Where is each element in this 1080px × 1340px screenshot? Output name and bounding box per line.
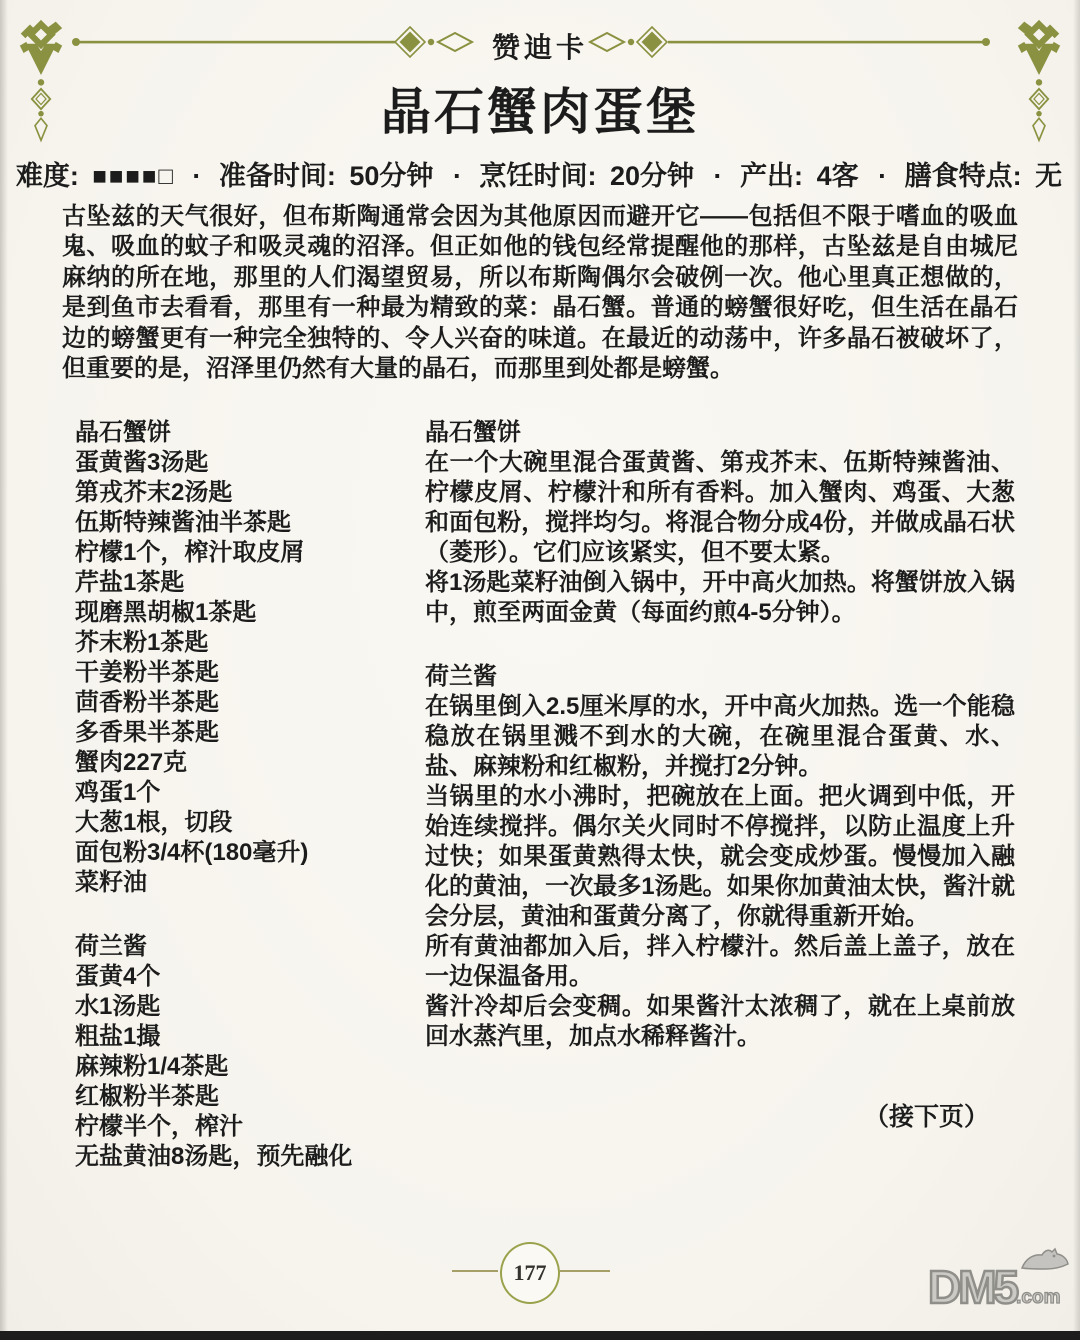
section-title: 荷兰酱 — [75, 932, 405, 962]
ingredient-item: 芥末粉1茶匙 — [75, 628, 405, 658]
section-title: 晶石蟹饼 — [425, 418, 1015, 448]
ingredient-item: 柠檬1个，榨汁取皮屑 — [75, 538, 405, 568]
ingredients-section-hollandaise: 荷兰酱 蛋黄4个 水1汤匙 粗盐1撮 麻辣粉1/4茶匙 红椒粉半茶匙 柠檬半个，… — [75, 932, 405, 1172]
difficulty-label: 难度: — [16, 161, 79, 191]
ingredient-item: 水1汤匙 — [75, 992, 405, 1022]
instructions-section-hollandaise: 荷兰酱 在锅里倒入2.5厘米厚的水，开中高火加热。选一个能稳稳放在锅里溅不到水的… — [425, 662, 1015, 1052]
watermark-text: DM5 — [928, 1261, 1016, 1313]
watermark-suffix: .com — [1016, 1287, 1060, 1308]
page-number-line-left — [452, 1270, 498, 1272]
prep-time-value: 50分钟 — [349, 161, 433, 191]
difficulty-squares: ■■■■□ — [92, 163, 174, 190]
dietary-label: 膳食特点: — [905, 161, 1022, 191]
instructions-column: 晶石蟹饼 在一个大碗里混合蛋黄酱、第戎芥末、伍斯特辣酱油、柠檬皮屑、柠檬汁和所有… — [425, 418, 1015, 1172]
recipe-columns: 晶石蟹饼 蛋黄酱3汤匙 第戎芥末2汤匙 伍斯特辣酱油半茶匙 柠檬1个，榨汁取皮屑… — [75, 418, 1015, 1172]
prep-time-label: 准备时间: — [219, 161, 336, 191]
instructions-section-crab-cakes: 晶石蟹饼 在一个大碗里混合蛋黄酱、第戎芥末、伍斯特辣酱油、柠檬皮屑、柠檬汁和所有… — [425, 418, 1015, 628]
ingredient-item: 麻辣粉1/4茶匙 — [75, 1052, 405, 1082]
meta-separator: · — [453, 161, 462, 191]
ingredient-item: 茴香粉半茶匙 — [75, 688, 405, 718]
ingredient-item: 蛋黄酱3汤匙 — [75, 448, 405, 478]
ingredient-item: 现磨黑胡椒1茶匙 — [75, 598, 405, 628]
cookbook-page: 赞迪卡 晶石蟹肉蛋堡 难度: ■■■■□ · 准备时间: 50分钟 · 烹饪时间… — [0, 0, 1080, 1340]
page-number-line-right — [560, 1270, 610, 1272]
ingredient-item: 伍斯特辣酱油半茶匙 — [75, 508, 405, 538]
section-title: 荷兰酱 — [425, 662, 1015, 692]
page-number-badge: 177 — [500, 1242, 560, 1304]
ingredient-item: 多香果半茶匙 — [75, 718, 405, 748]
meta-separator: · — [878, 161, 887, 191]
recipe-meta: 难度: ■■■■□ · 准备时间: 50分钟 · 烹饪时间: 20分钟 · 产出… — [0, 154, 1080, 193]
instruction-paragraph: 酱汁冷却后会变稠。如果酱汁太浓稠了，就在上桌前放回水蒸汽里，加点水稀释酱汁。 — [425, 992, 1015, 1052]
instruction-paragraph: 所有黄油都加入后，拌入柠檬汁。然后盖上盖子，放在一边保温备用。 — [425, 932, 1015, 992]
ingredients-column: 晶石蟹饼 蛋黄酱3汤匙 第戎芥末2汤匙 伍斯特辣酱油半茶匙 柠檬1个，榨汁取皮屑… — [75, 418, 405, 1172]
scan-edge-right — [1073, 0, 1080, 1331]
ingredient-item: 粗盐1撮 — [75, 1022, 405, 1052]
dm5-watermark: DM5.com — [928, 1250, 1078, 1312]
bottom-edge-strip — [0, 1331, 1080, 1340]
yield-label: 产出: — [740, 161, 803, 191]
dietary-value: 无 — [1035, 161, 1062, 191]
instruction-paragraph: 当锅里的水小沸时，把碗放在上面。把火调到中低，开始连续搅拌。偶尔关火同时不停搅拌… — [425, 782, 1015, 932]
yield-value: 4客 — [817, 161, 859, 191]
intro-paragraph: 古坠兹的天气很好，但布斯陶通常会因为其他原因而避开它——包括但不限于嗜血的吸血鬼… — [62, 202, 1018, 384]
ingredient-item: 红椒粉半茶匙 — [75, 1082, 405, 1112]
cook-time-value: 20分钟 — [610, 161, 694, 191]
instruction-paragraph: 将1汤匙菜籽油倒入锅中，开中高火加热。将蟹饼放入锅中，煎至两面金黄（每面约煎4-… — [425, 568, 1015, 628]
ingredient-item: 鸡蛋1个 — [75, 778, 405, 808]
instruction-paragraph: 在一个大碗里混合蛋黄酱、第戎芥末、伍斯特辣酱油、柠檬皮屑、柠檬汁和所有香料。加入… — [425, 448, 1015, 568]
instruction-paragraph: 在锅里倒入2.5厘米厚的水，开中高火加热。选一个能稳稳放在锅里溅不到水的大碗，在… — [425, 692, 1015, 782]
cook-time-label: 烹饪时间: — [479, 161, 596, 191]
ingredient-item: 蟹肉227克 — [75, 748, 405, 778]
meta-separator: · — [192, 161, 201, 191]
ingredient-item: 蛋黄4个 — [75, 962, 405, 992]
ingredient-item: 大葱1根，切段 — [75, 808, 405, 838]
ingredient-item: 干姜粉半茶匙 — [75, 658, 405, 688]
scan-edge-left — [0, 0, 8, 1331]
meta-separator: · — [714, 161, 723, 191]
chapter-title: 赞迪卡 — [0, 26, 1080, 66]
page-title: 晶石蟹肉蛋堡 — [0, 72, 1080, 144]
ingredients-section-crab-cakes: 晶石蟹饼 蛋黄酱3汤匙 第戎芥末2汤匙 伍斯特辣酱油半茶匙 柠檬1个，榨汁取皮屑… — [75, 418, 405, 898]
section-title: 晶石蟹饼 — [75, 418, 405, 448]
page-number: 177 — [514, 1260, 547, 1286]
ingredient-item: 菜籽油 — [75, 868, 405, 898]
ingredient-item: 芹盐1茶匙 — [75, 568, 405, 598]
ingredient-item: 面包粉3/4杯(180毫升) — [75, 838, 405, 868]
ingredient-item: 第戎芥末2汤匙 — [75, 478, 405, 508]
continued-next-page-note: （接下页） — [425, 1097, 1015, 1133]
ingredient-item: 柠檬半个，榨汁 — [75, 1112, 405, 1142]
ingredient-item: 无盐黄油8汤匙，预先融化 — [75, 1142, 405, 1172]
